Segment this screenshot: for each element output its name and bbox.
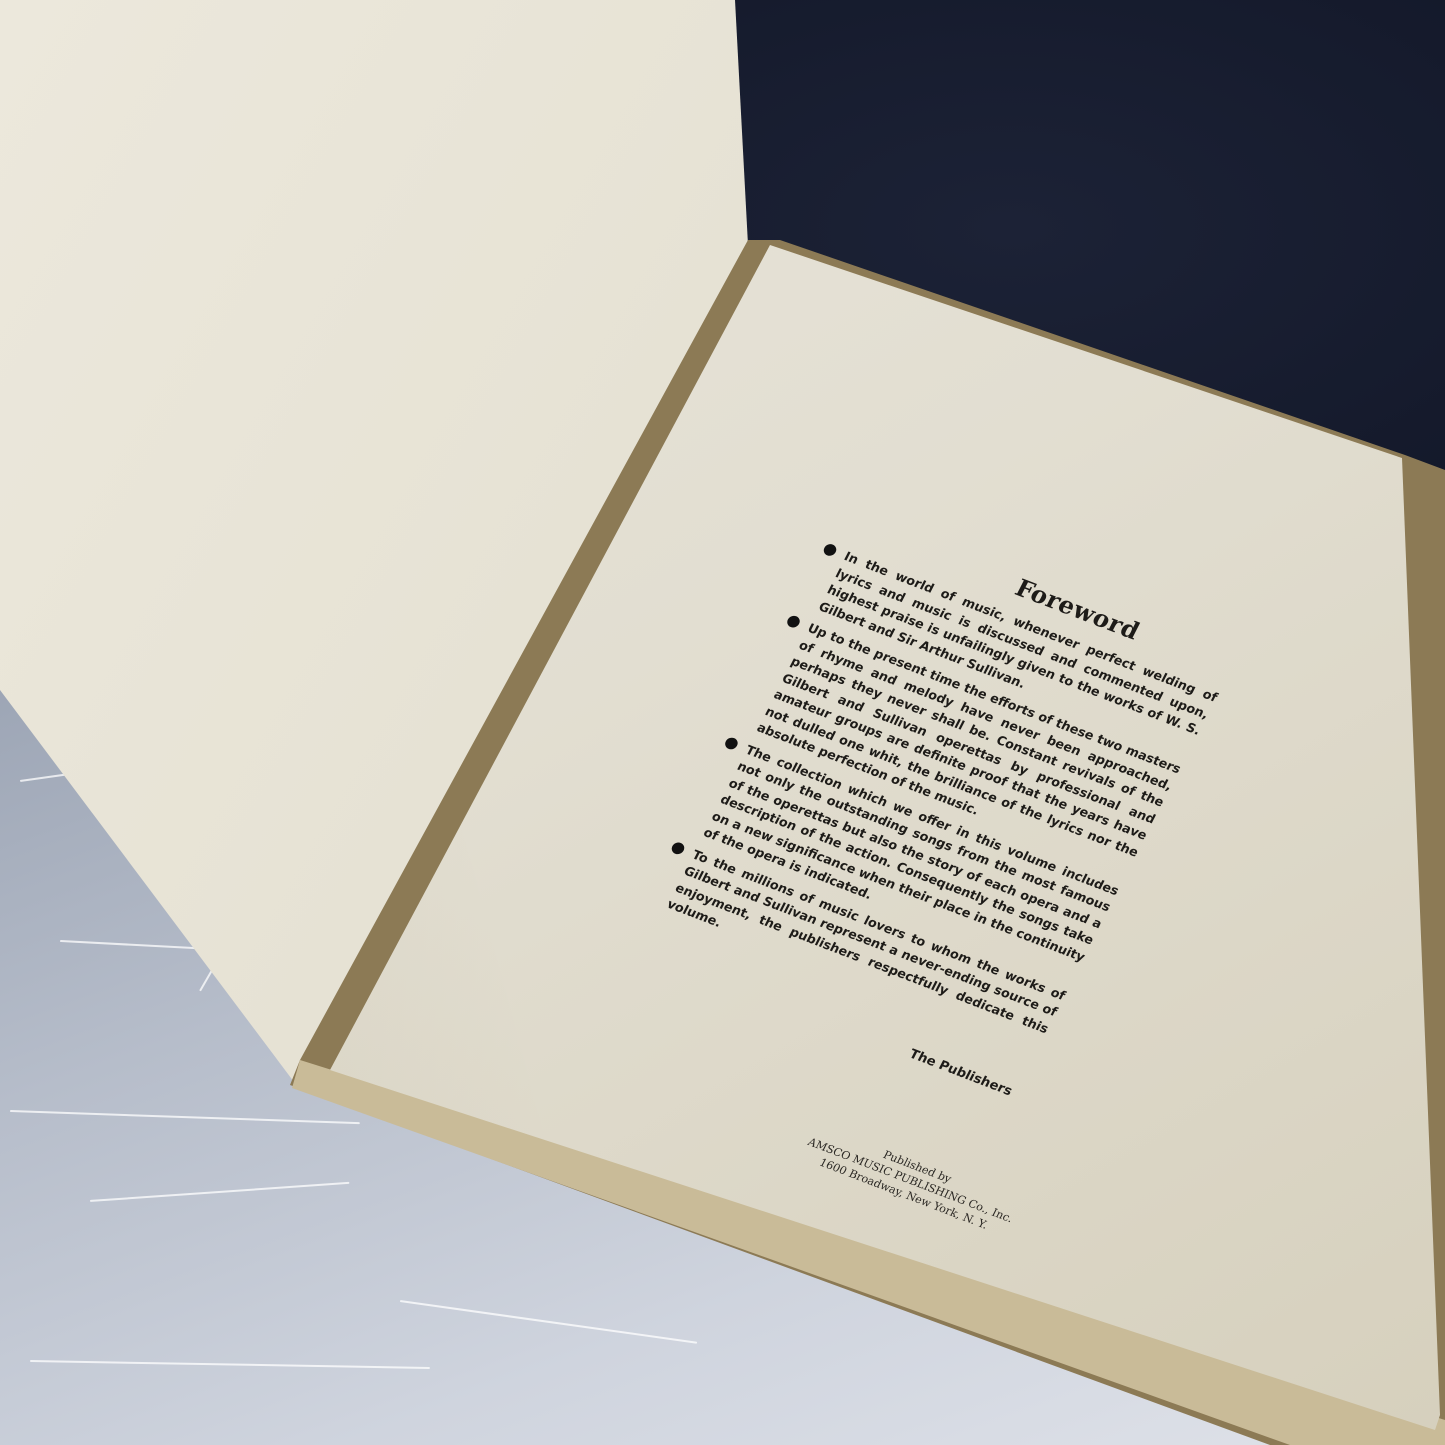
plastic-reflection: [30, 1360, 430, 1369]
plastic-reflection: [90, 1182, 350, 1202]
plastic-reflection: [10, 1110, 360, 1124]
photo-scene: Foreword In the world of music, whenever…: [0, 0, 1445, 1445]
plastic-reflection: [400, 1300, 697, 1344]
